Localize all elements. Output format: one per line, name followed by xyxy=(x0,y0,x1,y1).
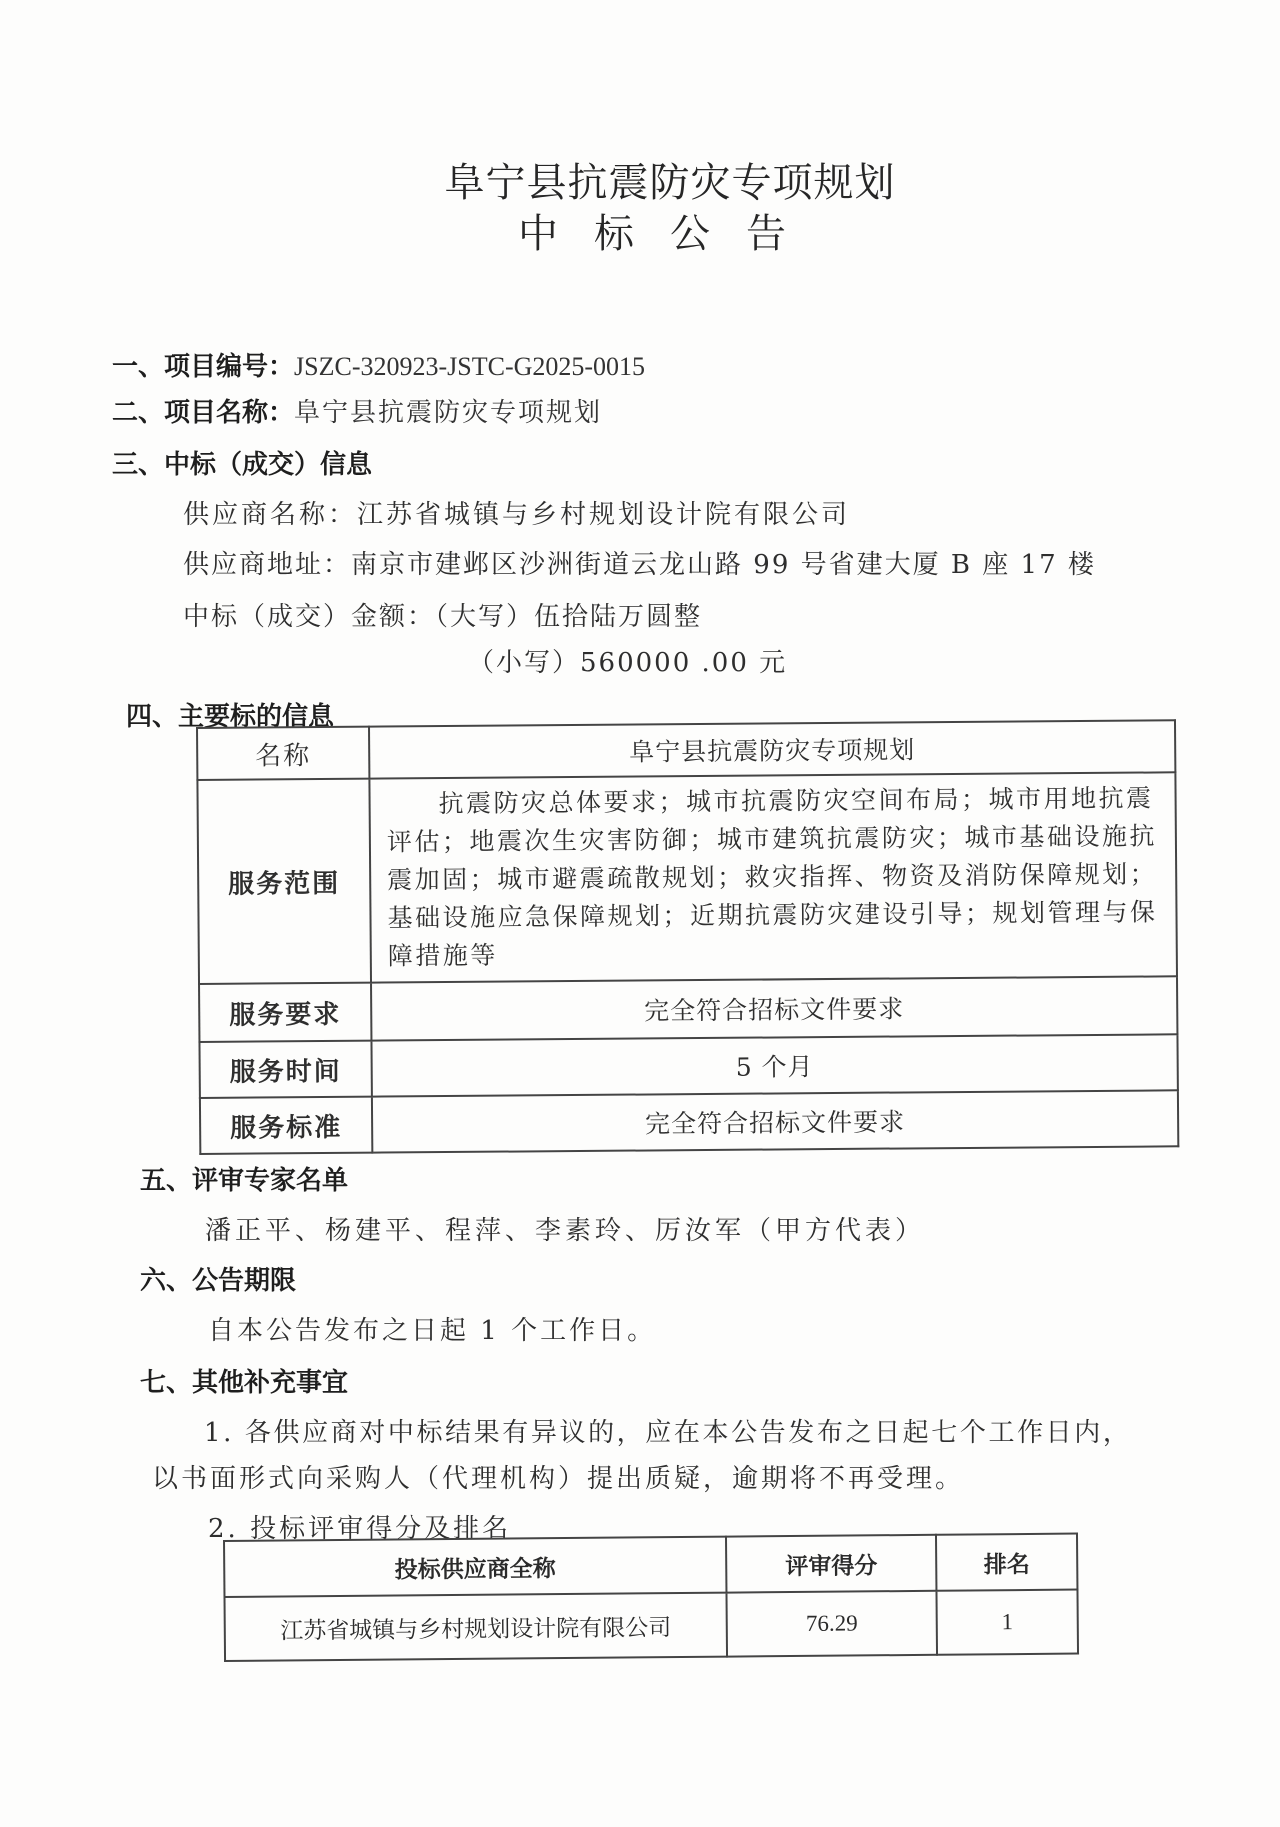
supplier-address-value: 南京市建邺区沙洲街道云龙山路 99 号省建大厦 B 座 17 楼 xyxy=(351,550,1096,580)
score-ranking-table: 投标供应商全称 评审得分 排名 江苏省城镇与乡村规划设计院有限公司 76.29 … xyxy=(223,1533,1079,1662)
table-key-cell: 名称 xyxy=(197,727,369,780)
table-row: 服务标准 完全符合招标文件要求 xyxy=(200,1090,1178,1154)
notice-period-text: 自本公告发布之日起 1 个工作日。 xyxy=(208,1310,656,1347)
supplier-address-line: 供应商地址：南京市建邺区沙洲街道云龙山路 99 号省建大厦 B 座 17 楼 xyxy=(183,544,1096,581)
objection-notice-line-1: 1. 各供应商对中标结果有异议的，应在本公告发布之日起七个工作日内， xyxy=(204,1412,1131,1449)
table-key-cell: 服务标准 xyxy=(200,1097,372,1154)
section-number: 七、 xyxy=(140,1368,192,1398)
supplier-address-label: 供应商地址： xyxy=(183,550,351,580)
table-key-cell: 服务时间 xyxy=(199,1041,371,1098)
rank-cell: 1 xyxy=(937,1590,1078,1655)
section-number: 三、 xyxy=(112,450,164,480)
subject-info-table: 名称 阜宁县抗震防灾专项规划 服务范围 抗震防灾总体要求；城市抗震防灾空间布局；… xyxy=(196,719,1179,1155)
award-amount-label: 中标（成交）金额： xyxy=(183,602,435,632)
table-key-cell: 服务要求 xyxy=(199,983,371,1042)
section-label: 项目名称： xyxy=(164,398,294,428)
supplier-name-label: 供应商名称： xyxy=(183,500,357,530)
table-row: 江苏省城镇与乡村规划设计院有限公司 76.29 1 xyxy=(224,1590,1078,1661)
table-header-row: 投标供应商全称 评审得分 排名 xyxy=(224,1534,1077,1597)
project-name-value: 阜宁县抗震防灾专项规划 xyxy=(294,398,602,428)
table-value-cell: 阜宁县抗震防灾专项规划 xyxy=(369,720,1175,778)
table-value-cell: 完全符合招标文件要求 xyxy=(371,976,1177,1040)
table-key-cell: 服务范围 xyxy=(197,779,371,984)
project-number-value: JSZC-320923-JSTC-G2025-0015 xyxy=(294,352,645,381)
award-amount-upper: （大写）伍拾陆万圆整 xyxy=(435,602,702,632)
table-row: 服务要求 完全符合招标文件要求 xyxy=(199,976,1177,1042)
award-amount-lower: （小写）560000 .00 元 xyxy=(468,648,787,678)
section-number: 二、 xyxy=(112,398,164,428)
document-title: 阜宁县抗震防灾专项规划 xyxy=(0,158,1280,208)
award-amount-lower-line: （小写）560000 .00 元 xyxy=(468,642,787,679)
supplier-name-value: 江苏省城镇与乡村规划设计院有限公司 xyxy=(357,500,850,530)
document-subtitle: 中标公告 xyxy=(0,208,1280,260)
section-notice-period: 六、公告期限 xyxy=(140,1260,296,1297)
table-row: 服务范围 抗震防灾总体要求；城市抗震防灾空间布局；城市用地抗震评估；地震次生灾害… xyxy=(197,772,1177,984)
section-label: 评审专家名单 xyxy=(192,1166,348,1196)
table-value-cell: 完全符合招标文件要求 xyxy=(372,1090,1178,1152)
section-other-matters: 七、其他补充事宜 xyxy=(140,1362,348,1399)
table-row: 服务时间 5 个月 xyxy=(199,1034,1177,1098)
header-score: 评审得分 xyxy=(726,1535,937,1593)
score-cell: 76.29 xyxy=(726,1591,937,1657)
supplier-name-line: 供应商名称：江苏省城镇与乡村规划设计院有限公司 xyxy=(183,494,850,531)
expert-names: 潘正平、杨建平、程萍、李素玲、厉汝军（甲方代表） xyxy=(205,1210,925,1247)
service-scope-cell: 抗震防灾总体要求；城市抗震防灾空间布局；城市用地抗震评估；地震次生灾害防御；城市… xyxy=(369,772,1177,982)
supplier-name-cell: 江苏省城镇与乡村规划设计院有限公司 xyxy=(224,1593,726,1661)
award-amount-line: 中标（成交）金额：（大写）伍拾陆万圆整 xyxy=(183,596,702,633)
header-rank: 排名 xyxy=(936,1534,1077,1591)
table-value-cell: 5 个月 xyxy=(371,1034,1177,1096)
section-label: 中标（成交）信息 xyxy=(164,450,372,480)
title-block: 阜宁县抗震防灾专项规划 中标公告 xyxy=(0,158,1280,260)
objection-notice-line-2: 以书面形式向采购人（代理机构）提出质疑，逾期将不再受理。 xyxy=(152,1458,964,1495)
section-award-info: 三、中标（成交）信息 xyxy=(112,444,372,481)
section-project-number: 一、项目编号：JSZC-320923-JSTC-G2025-0015 xyxy=(112,346,645,383)
document-page: 阜宁县抗震防灾专项规划 中标公告 一、项目编号：JSZC-320923-JSTC… xyxy=(0,0,1280,1827)
section-label: 其他补充事宜 xyxy=(192,1368,348,1398)
table-row: 名称 阜宁县抗震防灾专项规划 xyxy=(197,720,1175,780)
section-number: 六、 xyxy=(140,1266,192,1296)
section-number: 一、 xyxy=(112,352,164,382)
section-expert-list: 五、评审专家名单 xyxy=(140,1160,348,1197)
section-project-name: 二、项目名称：阜宁县抗震防灾专项规划 xyxy=(112,392,602,429)
section-label: 公告期限 xyxy=(192,1266,296,1296)
section-number: 四、 xyxy=(126,702,178,732)
section-label: 项目编号： xyxy=(164,352,294,382)
header-supplier-name: 投标供应商全称 xyxy=(224,1537,726,1597)
section-number: 五、 xyxy=(140,1166,192,1196)
